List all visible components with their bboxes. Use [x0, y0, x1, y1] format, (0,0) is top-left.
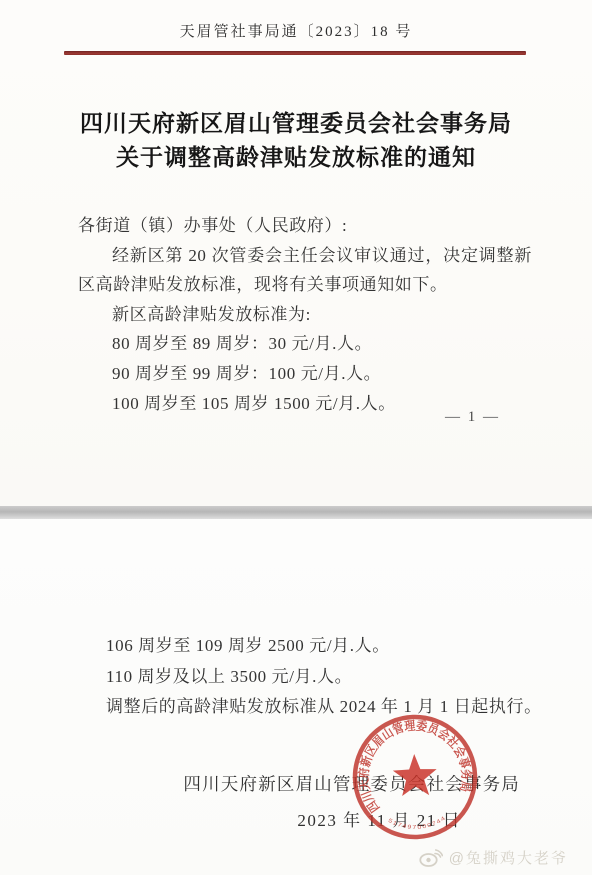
standard-item-90-99: 90 周岁至 99 周岁：100 元/月.人。	[78, 359, 532, 389]
page-2-body: 106 周岁至 109 周岁 2500 元/月.人。 110 周岁及以上 350…	[106, 631, 552, 723]
standard-item-110-plus: 110 周岁及以上 3500 元/月.人。	[106, 662, 552, 693]
effective-date-paragraph: 调整后的高龄津贴发放标准从 2024 年 1 月 1 日起执行。	[106, 692, 552, 723]
salutation: 各街道（镇）办事处（人民政府）:	[78, 211, 532, 241]
scanned-notice-document: 天眉管社事局通〔2023〕18 号 四川天府新区眉山管理委员会社会事务局 关于调…	[0, 0, 592, 875]
watermark-handle: @兔撕鸡大老爷	[449, 847, 568, 868]
issuing-authority-signature: 四川天府新区眉山管理委员会社会事务局	[0, 771, 520, 796]
document-title-line-2: 关于调整高龄津贴发放标准的通知	[116, 145, 476, 170]
standards-heading: 新区高龄津贴发放标准为:	[78, 300, 532, 330]
page-2: 106 周岁至 109 周岁 2500 元/月.人。 110 周岁及以上 350…	[0, 519, 592, 875]
document-title-line-1: 四川天府新区眉山管理委员会社会事务局	[80, 111, 512, 136]
header-red-rule	[64, 51, 526, 55]
weibo-watermark: @兔撕鸡大老爷	[419, 847, 568, 868]
issue-date: 2023 年 11 月 21 日	[0, 806, 461, 831]
standard-item-80-89: 80 周岁至 89 周岁：30 元/月.人。	[78, 329, 532, 359]
seal-arc-text: 四川天府新区眉山管理委员会社会事务局	[354, 716, 476, 816]
intro-paragraph: 经新区第 20 次管委会主任会议审议通过，决定调整新区高龄津贴发放标准，现将有关…	[78, 241, 532, 300]
page-break-band	[0, 506, 592, 519]
weibo-logo-icon	[419, 848, 443, 867]
page-number: — 1 —	[445, 409, 500, 426]
standard-item-106-109: 106 周岁至 109 周岁 2500 元/月.人。	[106, 631, 552, 662]
document-title: 四川天府新区眉山管理委员会社会事务局 关于调整高龄津贴发放标准的通知	[0, 107, 592, 175]
page-1: 天眉管社事局通〔2023〕18 号 四川天府新区眉山管理委员会社会事务局 关于调…	[0, 0, 592, 506]
document-reference-number: 天眉管社事局通〔2023〕18 号	[0, 20, 592, 41]
page-1-body: 各街道（镇）办事处（人民政府）: 经新区第 20 次管委会主任会议审议通过，决定…	[78, 211, 532, 418]
